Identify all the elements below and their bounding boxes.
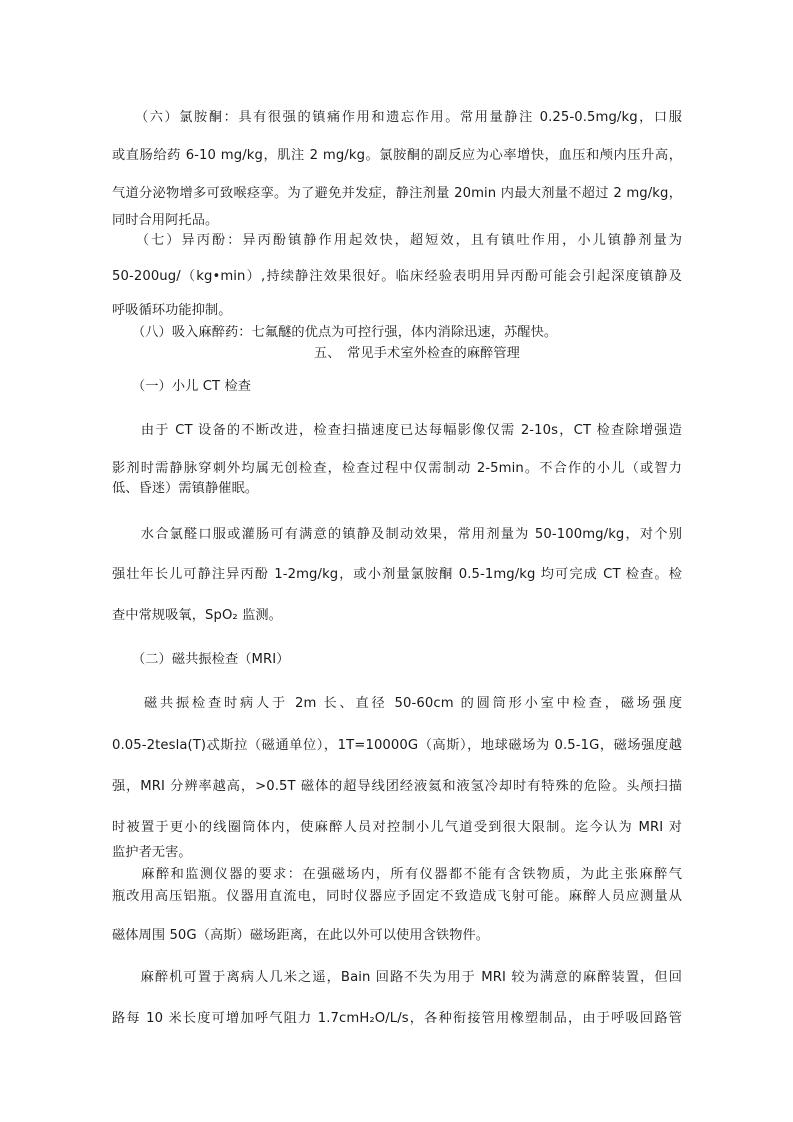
paragraph-ketamine-line-2: 或直肠给药 6-10 mg/kg，肌注 2 mg/kg。氯胺酮的副反应为心率增快… <box>112 147 682 165</box>
paragraph-ketamine-line-3: 气道分泌物增多可致喉痉挛。为了避免并发症，静注剂量 20min 内最大剂量不超过… <box>112 185 682 203</box>
paragraph-mri-line-1: 磁共振检查时病人于 2m 长、直径 50-60cm 的圆筒形小室中检查，磁场强度 <box>112 695 682 713</box>
paragraph-mri-line-3: 强，MRI 分辨率越高，>0.5T 磁体的超导线团经液氦和液氢冷却时有特殊的危险… <box>112 778 682 796</box>
section-heading-5: 五、 常见手术室外检查的麻醉管理 <box>112 345 682 363</box>
paragraph-propofol-line-1: （七）异丙酚：异丙酚镇静作用起效快，超短效，且有镇吐作用，小儿镇静剂量为 <box>112 232 682 250</box>
paragraph-ketamine-line-1: （六）氯胺酮：具有很强的镇痛作用和遗忘作用。常用量静注 0.25-0.5mg/k… <box>112 109 682 127</box>
subheading-ct-exam: （一）小儿 CT 检查 <box>112 378 682 396</box>
paragraph-mri-line-5: 监护者无害。 <box>112 844 682 862</box>
subheading-mri-exam: （二）磁共振检查（MRI） <box>112 651 682 669</box>
paragraph-chloral-line-1: 水合氯醛口服或灌肠可有满意的镇静及制动效果，常用剂量为 50-100mg/kg，… <box>112 526 682 544</box>
paragraph-ketamine-line-4: 同时合用阿托品。 <box>112 212 682 230</box>
paragraph-equipment-line-2: 瓶改用高压铝瓶。仪器用直流电，同时仪器应予固定不致造成飞射可能。麻醉人员应测量从 <box>112 888 682 906</box>
paragraph-mri-line-4: 时被置于更小的线圈筒体内，使麻醉人员对控制小儿气道受到很大限制。迄今认为 MRI… <box>112 819 682 837</box>
document-page: （六）氯胺酮：具有很强的镇痛作用和遗忘作用。常用量静注 0.25-0.5mg/k… <box>0 0 793 1122</box>
paragraph-equipment-line-3: 磁体周围 50G（高斯）磁场距离，在此以外可以使用含铁物件。 <box>112 927 682 945</box>
paragraph-propofol-line-2: 50-200ug/（kg•min）,持续静注效果很好。临床经验表明用异丙酚可能会… <box>112 268 682 286</box>
paragraph-ct-line-1: 由于 CT 设备的不断改进，检查扫描速度已达每幅影像仅需 2-10s，CT 检查… <box>112 422 682 440</box>
paragraph-anesthesia-machine-line-1: 麻醉机可置于离病人几米之遥，Bain 回路不失为用于 MRI 较为满意的麻醉装置… <box>112 969 682 987</box>
paragraph-inhaled-anesthetic: （八）吸入麻醉药：七氟醚的优点为可控行强，体内消除迅速，苏醒快。 <box>112 324 682 342</box>
paragraph-chloral-line-3: 查中常规吸氧，SpO₂ 监测。 <box>112 607 682 625</box>
paragraph-anesthesia-machine-line-2: 路每 10 米长度可增加呼气阻力 1.7cmH₂O/L/s，各种衔接管用橡塑制品… <box>112 1010 682 1028</box>
paragraph-ct-line-2: 影剂时需静脉穿刺外均属无创检查，检查过程中仅需制动 2-5min。不合作的小儿（… <box>112 460 682 478</box>
paragraph-mri-line-2: 0.05-2tesla(T)忒斯拉（磁通单位），1T=10000G（高斯），地球… <box>112 737 682 755</box>
paragraph-equipment-line-1: 麻醉和监测仪器的要求：在强磁场内，所有仪器都不能有含铁物质，为此主张麻醉气 <box>112 866 682 884</box>
paragraph-propofol-line-3: 呼吸循环功能抑制。 <box>112 302 682 320</box>
paragraph-ct-line-3: 低、昏迷）需镇静催眠。 <box>112 480 682 498</box>
paragraph-chloral-line-2: 强壮年长儿可静注异丙酚 1-2mg/kg，或小剂量氯胺酮 0.5-1mg/kg … <box>112 566 682 584</box>
